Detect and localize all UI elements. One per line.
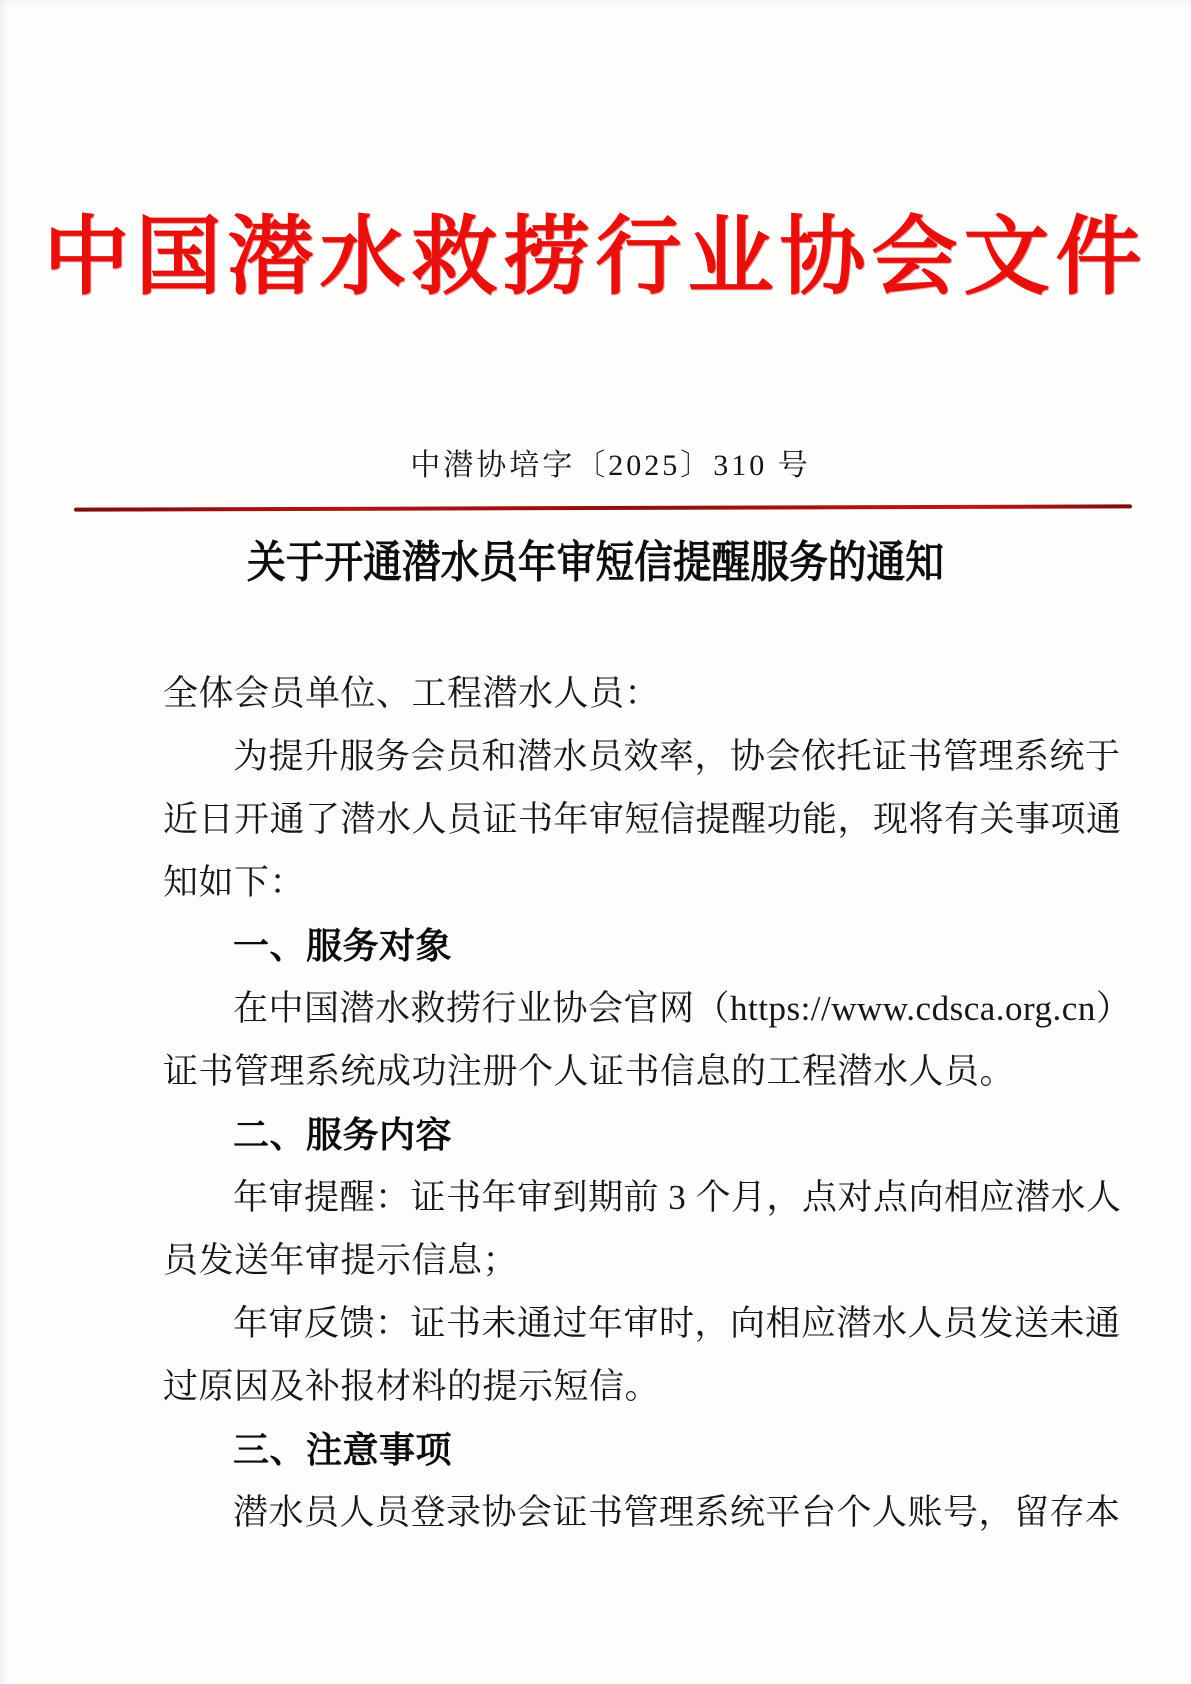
document-body: 全体会员单位、工程潜水人员： 为提升服务会员和潜水员效率，协会依托证书管理系统于… bbox=[163, 662, 1083, 1544]
section-heading-3: 三、注意事项 bbox=[163, 1418, 1083, 1481]
document-number: 中潜协培字〔2025〕310 号 bbox=[30, 448, 1191, 484]
body-line-salutation: 全体会员单位、工程潜水人员： bbox=[163, 662, 1083, 725]
body-line: 过原因及补报材料的提示短信。 bbox=[163, 1355, 1083, 1418]
body-line: 近日开通了潜水人员证书年审短信提醒功能，现将有关事项通 bbox=[163, 788, 1083, 851]
document-page: 中国潜水救捞行业协会文件 中潜协培字〔2025〕310 号 关于开通潜水员年审短… bbox=[0, 0, 1191, 1684]
body-line: 潜水员人员登录协会证书管理系统平台个人账号，留存本 bbox=[163, 1481, 1083, 1544]
body-line: 证书管理系统成功注册个人证书信息的工程潜水人员。 bbox=[163, 1040, 1083, 1103]
body-line: 年审提醒：证书年审到期前 3 个月，点对点向相应潜水人 bbox=[163, 1166, 1083, 1229]
body-line: 年审反馈：证书未通过年审时，向相应潜水人员发送未通 bbox=[163, 1292, 1083, 1355]
document-title: 关于开通潜水员年审短信提醒服务的通知 bbox=[71, 538, 1119, 589]
red-separator-line bbox=[74, 504, 1132, 511]
section-heading-2: 二、服务内容 bbox=[163, 1103, 1083, 1166]
document-org-header: 中国潜水救捞行业协会文件 bbox=[0, 214, 1191, 300]
body-line-with-url: 在中国潜水救捞行业协会官网（https://www.cdsca.org.cn） bbox=[163, 977, 1083, 1040]
body-line: 为提升服务会员和潜水员效率，协会依托证书管理系统于 bbox=[163, 725, 1083, 788]
section-heading-1: 一、服务对象 bbox=[163, 914, 1083, 977]
body-line: 员发送年审提示信息； bbox=[163, 1229, 1083, 1292]
body-line: 知如下： bbox=[163, 851, 1083, 914]
